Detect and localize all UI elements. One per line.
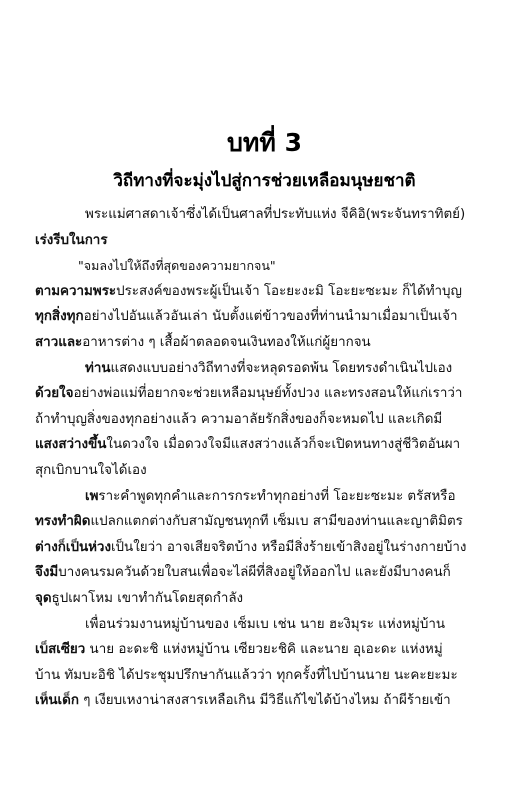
line-text: ๆ เงียบเหงาน่าสงสารเหลือเกิน มีวิธีแก้ไข… (79, 693, 451, 708)
line-text: แปลกแตกต่างกับสามัญชนทุกที เซ็มเบ สามีขอ… (90, 514, 462, 529)
text-line-3-quote: "จมลงไปให้ถึงที่สุดของความยากจน" (35, 253, 510, 279)
line-text: เป็นใยว่า อาจเสียจริตบ้าง หรือมีสิ่งร้าย… (111, 540, 466, 555)
line-bold: เห็นเด็ก (35, 693, 79, 708)
line-text: แสดงแบบอย่างวิถีทางที่จะหลุดรอดพ้น โดยทร… (111, 361, 453, 376)
chapter-subtitle: วิถีทางที่จะมุ่งไปสู่การช่วยเหลือมนุษยชา… (0, 170, 529, 192)
line-text: ถ้าทำบุญสิ่งของทุกอย่างแล้ว ความอาลัยรัก… (35, 412, 442, 427)
line-text: "จมลงไปให้ถึงที่สุดของความยากจน" (78, 258, 276, 273)
line-bold: เพ (85, 489, 98, 504)
line-bold: เบ็สเซียว (35, 642, 85, 657)
text-line-11: สุกเบิกบานใจได้เอง (35, 458, 510, 484)
line-bold: ท่าน (85, 361, 111, 376)
line-bold: สาวและ (35, 335, 82, 350)
line-text: ราะคำพูดทุกคำและการกระทำทุกอย่างที่ โอะย… (98, 489, 455, 504)
line-bold: จึงมี (35, 565, 58, 580)
text-line-9: ถ้าทำบุญสิ่งของทุกอย่างแล้ว ความอาลัยรัก… (35, 407, 510, 433)
text-line-10: แสงสว่างขึ้นในดวงใจ เมื่อดวงใจมีแสงสว่าง… (35, 432, 510, 458)
text-line-17: เพื่อนร่วมงานหมู่บ้านของ เซ็มเบ เช่น นาย… (35, 612, 510, 638)
line-bold: เร่งรีบในการ (35, 233, 108, 248)
line-bold: ด้วยใจ (35, 386, 73, 401)
text-line-13: ทรงทำผิดแปลกแตกต่างกับสามัญชนทุกที เซ็มเ… (35, 509, 510, 535)
text-line-15: จึงมีบางคนรมควันด้วยใบสนเพื่อจะไล่ผีที่ส… (35, 560, 510, 586)
line-text: เพื่อนร่วมงานหมู่บ้านของ เซ็มเบ เช่น นาย… (85, 617, 445, 632)
text-line-2: เร่งรีบในการ (35, 228, 510, 254)
line-text: นาย อะดะชิ แห่งหมู่บ้าน เซียวยะชิคิ และน… (85, 642, 442, 657)
line-bold: ทุกสิ่งทุก (35, 309, 84, 324)
text-line-12: เพราะคำพูดทุกคำและการกระทำทุกอย่างที่ โอ… (35, 484, 510, 510)
line-bold: ตามความพระ (35, 284, 116, 299)
text-line-7: ท่านแสดงแบบอย่างวิถีทางที่จะหลุดรอดพ้น โ… (35, 356, 510, 382)
text-line-19: บ้าน ทัมบะอิชิ ได้ประชุมปรึกษากันแล้วว่า… (35, 663, 510, 689)
line-text: พระแม่ศาสดาเจ้าซึ่งได้เป็นศาลที่ประทับแห… (85, 207, 465, 222)
book-page: บทที่ 3 วิถีทางที่จะมุ่งไปสู่การช่วยเหลื… (0, 0, 529, 800)
text-line-4: ตามความพระประสงค์ของพระผู้เป็นเจ้า โอะยะ… (35, 279, 510, 305)
text-line-18: เบ็สเซียว นาย อะดะชิ แห่งหมู่บ้าน เซียวย… (35, 637, 510, 663)
line-bold: จุด (35, 591, 52, 606)
text-line-6: สาวและอาหารต่าง ๆ เสื้อผ้าตลอดจนเงินทองใ… (35, 330, 510, 356)
line-text: ประสงค์ของพระผู้เป็นเจ้า โอะยะงะมิ โอะยะ… (116, 284, 462, 299)
line-text: อาหารต่าง ๆ เสื้อผ้าตลอดจนเงินทองให้แก่ผ… (82, 335, 370, 350)
text-line-14: ต่างก็เป็นห่วงเป็นใยว่า อาจเสียจริตบ้าง … (35, 535, 510, 561)
line-bold: ต่างก็เป็นห่วง (35, 540, 111, 555)
text-line-20: เห็นเด็ก ๆ เงียบเหงาน่าสงสารเหลือเกิน มี… (35, 688, 510, 714)
line-text: อย่างไปอันแล้วอันเล่า นับตั้งแต่ข้าวของท… (84, 309, 458, 324)
line-text: ในดวงใจ เมื่อดวงใจมีแสงสว่างแล้วก็จะเปิด… (106, 437, 460, 452)
line-text: อย่างพ่อแม่ที่อยากจะช่วยเหลือมนุษย์ทั้งป… (73, 386, 462, 401)
text-line-8: ด้วยใจอย่างพ่อแม่ที่อยากจะช่วยเหลือมนุษย… (35, 381, 510, 407)
line-text: ธูปเผาโหม เขาทำกันโดยสุดกำลัง (52, 591, 244, 606)
line-text: บ้าน ทัมบะอิชิ ได้ประชุมปรึกษากันแล้วว่า… (35, 668, 458, 683)
chapter-title: บทที่ 3 (0, 128, 529, 158)
line-text: บางคนรมควันด้วยใบสนเพื่อจะไล่ผีที่สิงอยู… (58, 565, 451, 580)
line-bold: ทรงทำผิด (35, 514, 90, 529)
line-text: สุกเบิกบานใจได้เอง (35, 463, 147, 478)
line-bold: แสงสว่างขึ้น (35, 437, 106, 452)
text-line-16: จุดธูปเผาโหม เขาทำกันโดยสุดกำลัง (35, 586, 510, 612)
body-text: พระแม่ศาสดาเจ้าซึ่งได้เป็นศาลที่ประทับแห… (35, 202, 510, 714)
text-line-5: ทุกสิ่งทุกอย่างไปอันแล้วอันเล่า นับตั้งแ… (35, 304, 510, 330)
text-line-1: พระแม่ศาสดาเจ้าซึ่งได้เป็นศาลที่ประทับแห… (35, 202, 510, 228)
